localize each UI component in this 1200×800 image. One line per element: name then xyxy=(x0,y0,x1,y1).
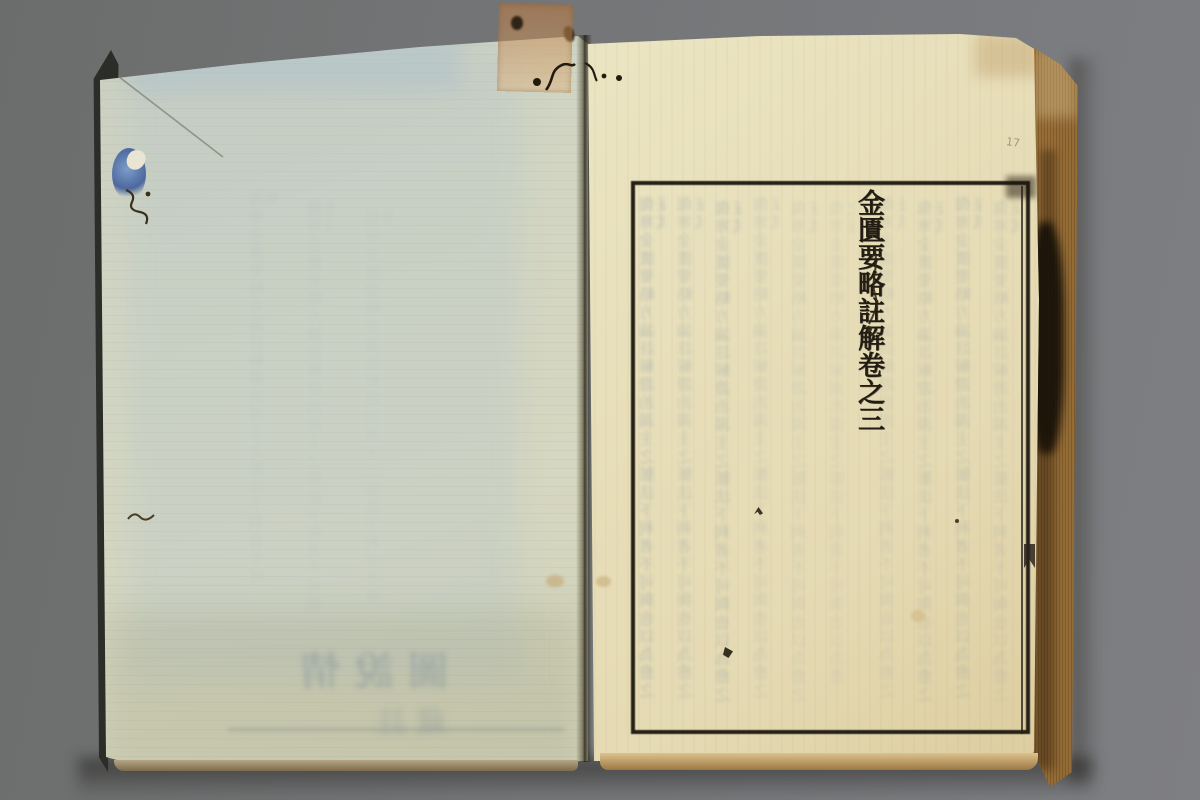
next-page-frame-line xyxy=(1021,186,1023,734)
bleedthrough-streak xyxy=(228,728,564,731)
paper-flaw-spot xyxy=(911,610,925,622)
bottom-page-edges-right xyxy=(600,753,1038,770)
wormhole-speck xyxy=(955,519,959,523)
tan-stain-right xyxy=(596,576,611,587)
printed-border-frame xyxy=(631,181,1030,734)
fore-edge-ink-streak xyxy=(1034,440,1054,770)
brush-tail-mark xyxy=(862,246,886,341)
ink-squiggle-mark xyxy=(118,182,168,227)
bottom-page-edges-left xyxy=(114,760,578,771)
seal-bleedthrough-row1: 圖說情 xyxy=(258,640,448,704)
bleedthrough-text-column: 傷寒金匱要略方論註解證治湯主之脈法下利者不可與 xyxy=(366,210,392,610)
book-photo: 傷寒金匱要略方論註解證治湯主之脈法下利者不可與傷寒金匱要略方論註解證治湯主之脈法… xyxy=(0,0,1200,800)
tan-stain-left xyxy=(546,575,564,587)
pencil-mark: 17 xyxy=(1005,135,1021,150)
worm-trail-marks xyxy=(505,50,635,100)
small-edge-squiggle xyxy=(124,505,160,529)
seal-bleedthrough-row2: 藏註 xyxy=(296,698,446,746)
dark-blotch-on-tape xyxy=(511,16,523,30)
bleedthrough-text-column: 傷寒金匱要略方論註解證治湯主之脈法下利者不可與也以 xyxy=(308,200,334,630)
bleedthrough-text-column: 傷寒金匱要略方論註解證治湯主之脈法下利者不可與 xyxy=(250,190,276,590)
fore-edge-ink-smudge-upper xyxy=(1040,150,1056,228)
